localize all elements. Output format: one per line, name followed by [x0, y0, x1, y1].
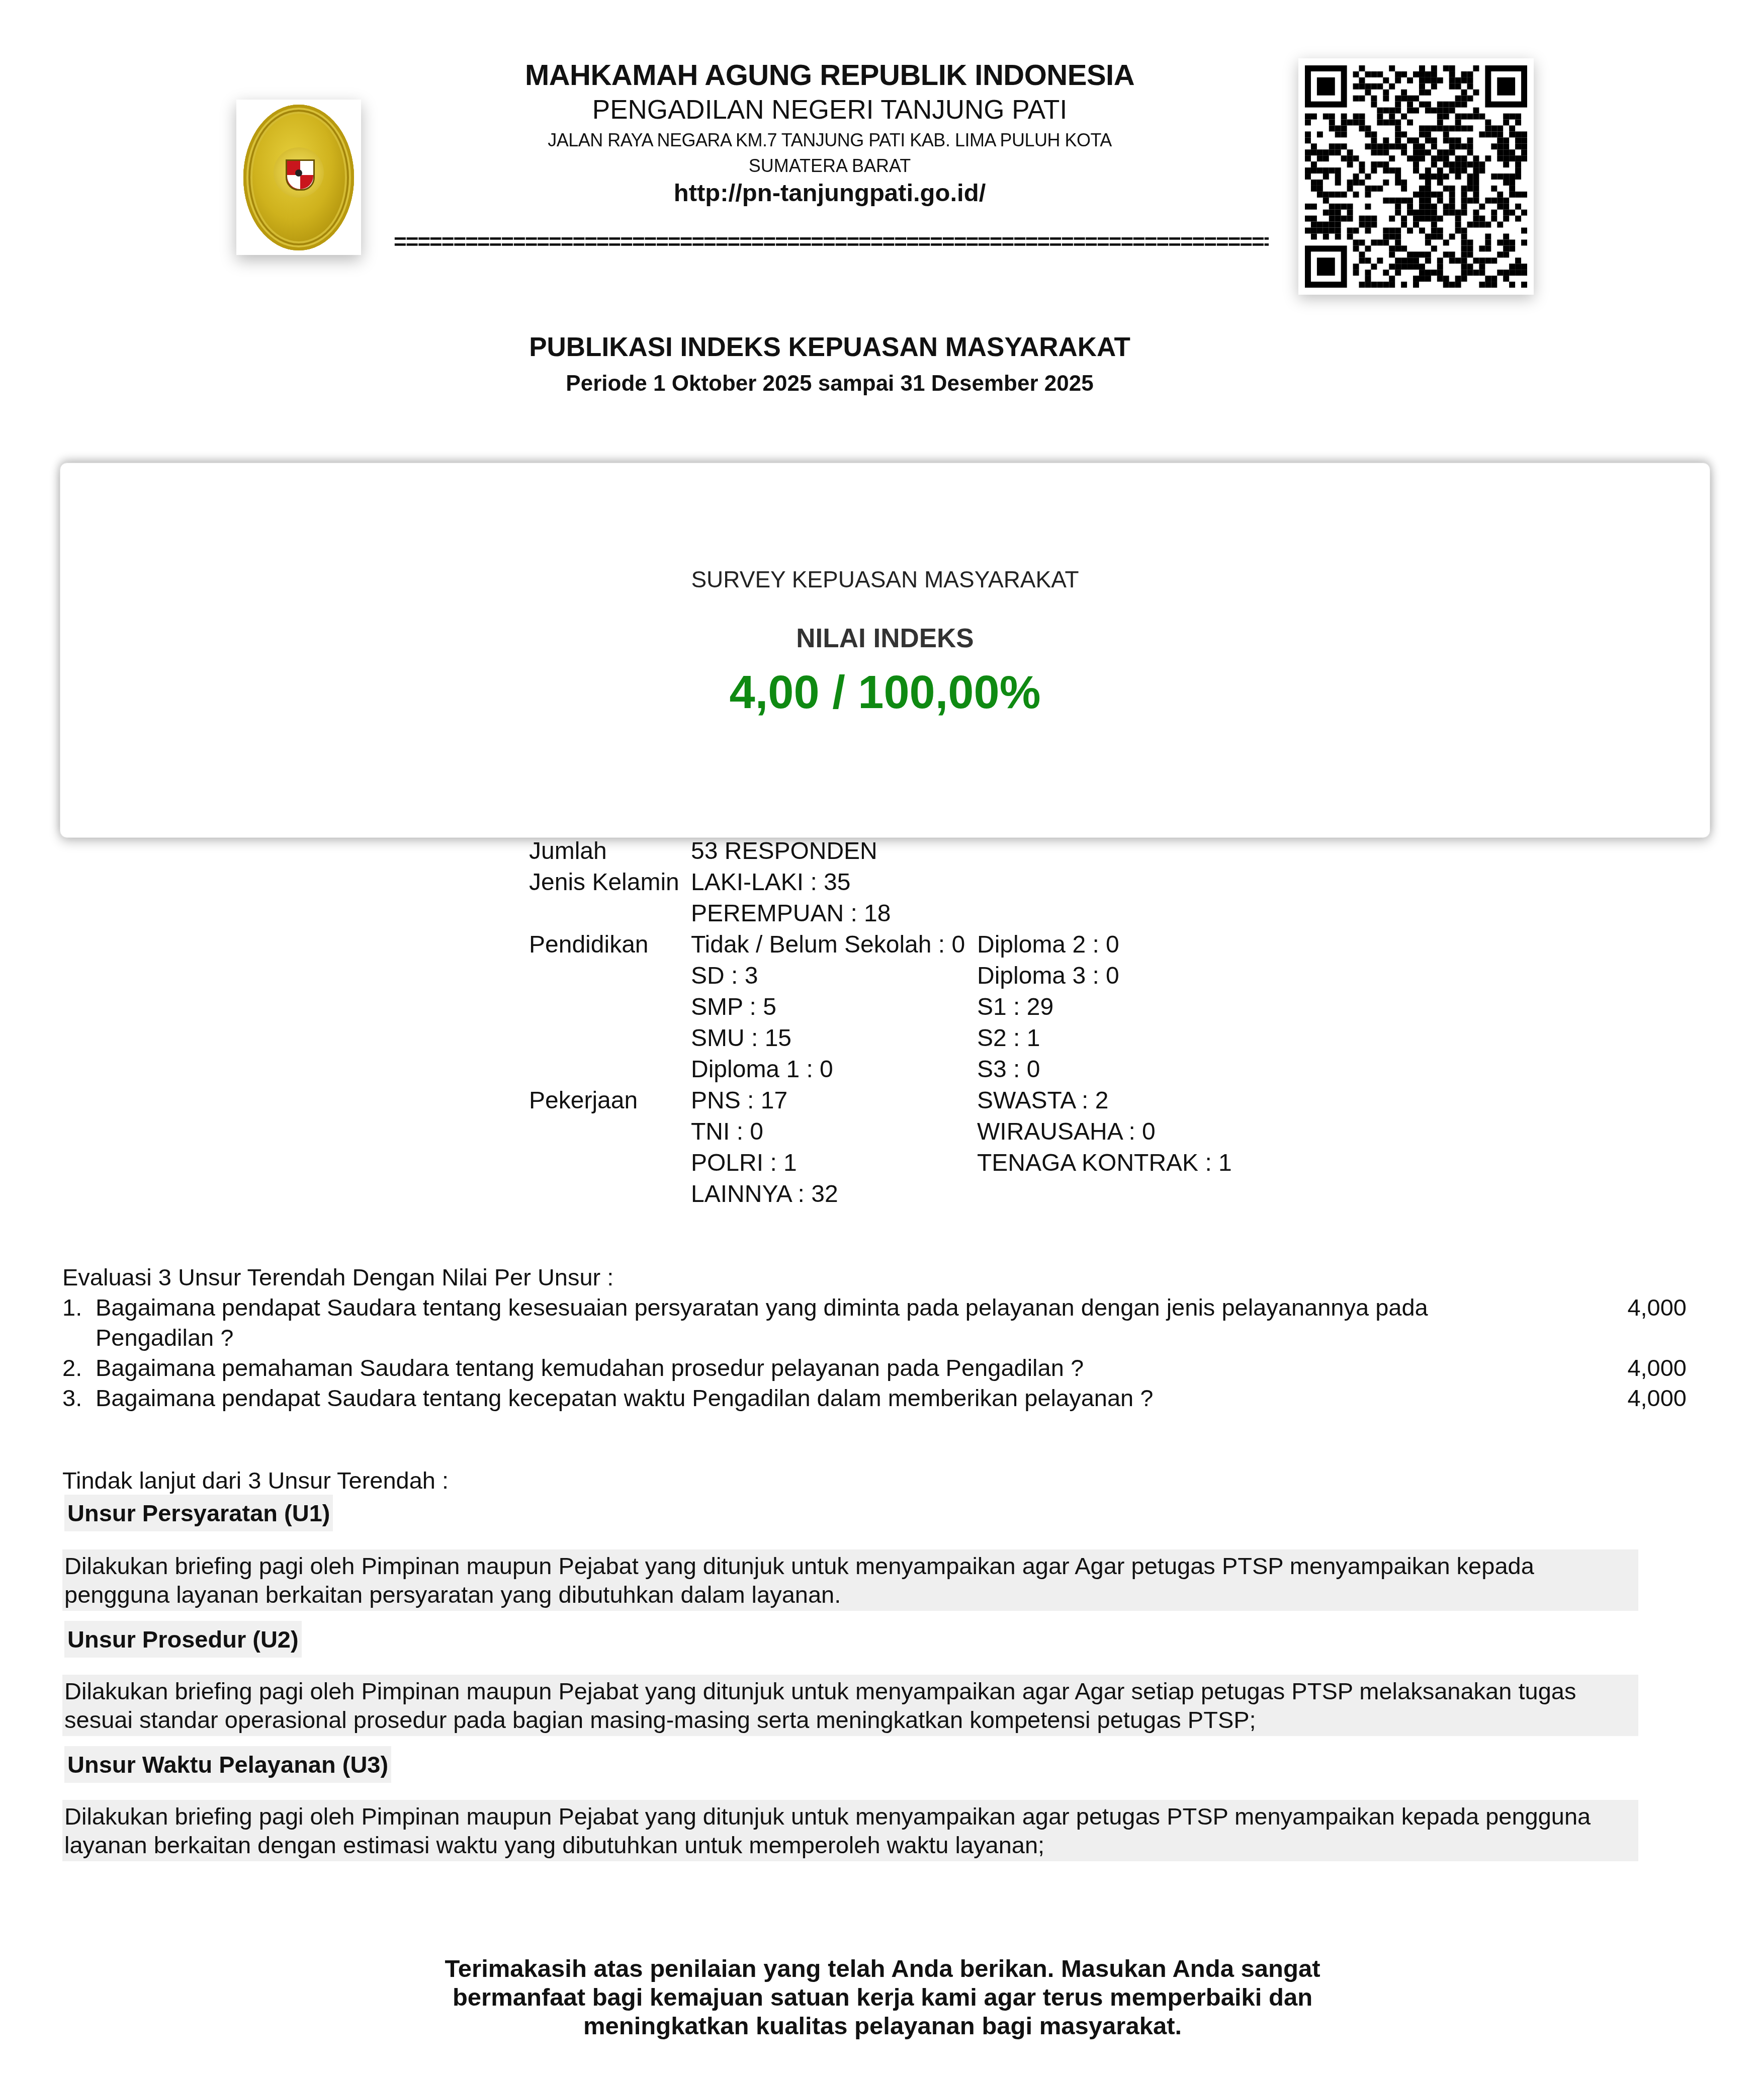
stats-row: Jumlah53 RESPONDEN [529, 836, 1232, 867]
item-number: 2. [62, 1353, 96, 1383]
unsur-heading: Unsur Persyaratan (U1) [64, 1495, 333, 1531]
stats-label [529, 1148, 691, 1179]
stats-label [529, 1023, 691, 1054]
stats-value-secondary: Diploma 3 : 0 [977, 961, 1119, 992]
stats-value: TNI : 0 [691, 1116, 977, 1148]
stats-value-secondary: TENAGA KONTRAK : 1 [977, 1148, 1232, 1179]
court-logo [236, 100, 361, 255]
stats-value: PEREMPUAN : 18 [691, 898, 977, 929]
evaluation-item: 1.Bagaimana pendapat Saudara tentang kes… [62, 1292, 1687, 1353]
stats-value-secondary: S2 : 1 [977, 1023, 1040, 1054]
court-name: PENGADILAN NEGERI TANJUNG PATI [453, 95, 1207, 125]
stats-value: LAINNYA : 32 [691, 1179, 977, 1210]
item-score: 4,000 [1626, 1292, 1687, 1353]
follow-up-section: Tindak lanjut dari 3 Unsur Terendah : Un… [62, 1466, 1692, 1871]
stats-value-secondary: WIRAUSAHA : 0 [977, 1116, 1156, 1148]
stats-row: Diploma 1 : 0S3 : 0 [529, 1054, 1232, 1085]
stats-label: Pendidikan [529, 929, 691, 961]
stats-label: Jumlah [529, 836, 691, 867]
item-question: Bagaimana pendapat Saudara tentang keses… [96, 1292, 1626, 1353]
stats-value: 53 RESPONDEN [691, 836, 977, 867]
follow-up-title: Tindak lanjut dari 3 Unsur Terendah : [62, 1466, 1692, 1495]
stats-value-secondary: S3 : 0 [977, 1054, 1040, 1085]
respondent-stats: Jumlah53 RESPONDENJenis KelaminLAKI-LAKI… [529, 836, 1232, 1210]
stats-value: PNS : 17 [691, 1085, 977, 1116]
stats-row: PEREMPUAN : 18 [529, 898, 1232, 929]
stats-value: LAKI-LAKI : 35 [691, 867, 977, 898]
index-label: NILAI INDEKS [60, 623, 1710, 654]
stats-row: PekerjaanPNS : 17SWASTA : 2 [529, 1085, 1232, 1116]
evaluation-item: 3.Bagaimana pendapat Saudara tentang kec… [62, 1383, 1687, 1413]
evaluation-item: 2.Bagaimana pemahaman Saudara tentang ke… [62, 1353, 1687, 1383]
stats-row: Jenis KelaminLAKI-LAKI : 35 [529, 867, 1232, 898]
stats-row: POLRI : 1TENAGA KONTRAK : 1 [529, 1148, 1232, 1179]
evaluation-title: Evaluasi 3 Unsur Terendah Dengan Nilai P… [62, 1262, 1687, 1292]
stats-row: SMP : 5S1 : 29 [529, 992, 1232, 1023]
stats-label [529, 1054, 691, 1085]
closing-message: Terimakasih atas penilaian yang telah An… [417, 1955, 1348, 2041]
evaluation-section: Evaluasi 3 Unsur Terendah Dengan Nilai P… [62, 1262, 1687, 1413]
item-number: 1. [62, 1292, 96, 1353]
qr-code-icon [1305, 65, 1527, 288]
item-score: 4,000 [1626, 1353, 1687, 1383]
address-line-2: SUMATERA BARAT [453, 155, 1207, 177]
stats-label: Pekerjaan [529, 1085, 691, 1116]
item-score: 4,000 [1626, 1383, 1687, 1413]
stats-label [529, 1179, 691, 1210]
stats-label: Jenis Kelamin [529, 867, 691, 898]
qr-code [1298, 58, 1534, 295]
stats-value: SD : 3 [691, 961, 977, 992]
period-subtitle: Periode 1 Oktober 2025 sampai 31 Desembe… [352, 371, 1307, 396]
index-value: 4,00 / 100,00% [60, 666, 1710, 719]
stats-value: Diploma 1 : 0 [691, 1054, 977, 1085]
stats-label [529, 898, 691, 929]
unsur-action: Dilakukan briefing pagi oleh Pimpinan ma… [62, 1800, 1638, 1861]
stats-value-secondary: S1 : 29 [977, 992, 1053, 1023]
item-question: Bagaimana pemahaman Saudara tentang kemu… [96, 1353, 1626, 1383]
stats-value-secondary: SWASTA : 2 [977, 1085, 1108, 1116]
address-line-1: JALAN RAYA NEGARA KM.7 TANJUNG PATI KAB.… [453, 130, 1207, 151]
website-link[interactable]: http://pn-tanjungpati.go.id/ [453, 179, 1207, 207]
page-title: PUBLIKASI INDEKS KEPUASAN MASYARAKAT [352, 332, 1307, 363]
unsur-action: Dilakukan briefing pagi oleh Pimpinan ma… [62, 1549, 1638, 1611]
unsur-heading: Unsur Waktu Pelayanan (U3) [64, 1746, 391, 1783]
institution-name: MAHKAMAH AGUNG REPUBLIK INDONESIA [453, 58, 1207, 92]
item-question: Bagaimana pendapat Saudara tentang kecep… [96, 1383, 1626, 1413]
mahkamah-agung-seal-icon [243, 105, 354, 250]
stats-row: PendidikanTidak / Belum Sekolah : 0Diplo… [529, 929, 1232, 961]
stats-label [529, 992, 691, 1023]
survey-label: SURVEY KEPUASAN MASYARAKAT [60, 566, 1710, 593]
stats-label [529, 961, 691, 992]
header-separator: ========================================… [394, 236, 1269, 248]
stats-value: SMU : 15 [691, 1023, 977, 1054]
stats-row: SMU : 15S2 : 1 [529, 1023, 1232, 1054]
stats-row: LAINNYA : 32 [529, 1179, 1232, 1210]
item-number: 3. [62, 1383, 96, 1413]
stats-row: SD : 3Diploma 3 : 0 [529, 961, 1232, 992]
unsur-heading: Unsur Prosedur (U2) [64, 1621, 302, 1658]
stats-row: TNI : 0WIRAUSAHA : 0 [529, 1116, 1232, 1148]
index-card: SURVEY KEPUASAN MASYARAKAT NILAI INDEKS … [60, 463, 1710, 838]
unsur-action: Dilakukan briefing pagi oleh Pimpinan ma… [62, 1675, 1638, 1736]
stats-value: Tidak / Belum Sekolah : 0 [691, 929, 977, 961]
stats-label [529, 1116, 691, 1148]
stats-value: POLRI : 1 [691, 1148, 977, 1179]
stats-value-secondary: Diploma 2 : 0 [977, 929, 1119, 961]
stats-value: SMP : 5 [691, 992, 977, 1023]
